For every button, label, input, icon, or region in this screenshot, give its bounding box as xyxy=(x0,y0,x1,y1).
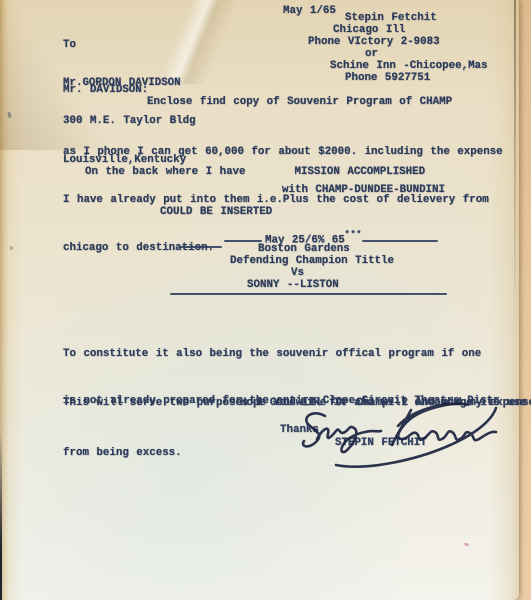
recipient-to: To xyxy=(63,39,196,52)
back-cover-line: On the back where I haveMISSION ACCOMPLI… xyxy=(85,166,425,179)
rule-line-right xyxy=(362,240,438,242)
rule-line-left xyxy=(224,240,262,242)
sender-phone-1: Phone VIctory 2-9083 xyxy=(308,36,440,49)
opening-line: Enclose find copy of Souvenir Program of… xyxy=(147,96,452,109)
back-cover-text: On the back where I have xyxy=(85,166,246,178)
sender-phone-2: Phone 5927751 xyxy=(345,72,430,85)
event-vs: Vs xyxy=(291,267,304,280)
paragraph-1-line-1: as I phone I can get 60,000 for about $2… xyxy=(63,144,503,160)
sender-or: or xyxy=(365,48,378,61)
could-be-inserted-line: COULD BE INSERTED xyxy=(160,206,272,219)
ink-speck xyxy=(10,246,13,250)
sender-name: Stepin Fetchit xyxy=(345,12,437,25)
letter-scan: To Mr.GORDON DAVIDSON 300 M.E. Taylor Bl… xyxy=(0,0,531,600)
mission-accomplished-text: MISSION ACCOMPLISHED xyxy=(295,166,426,178)
event-venue: Boston Gardens xyxy=(258,243,350,256)
paper-edge-shadow xyxy=(0,430,2,600)
event-title: Defending Champion Tittle xyxy=(230,255,394,268)
sender-city: Chicago Ill xyxy=(333,24,405,37)
event-opponent: SONNY --LISTON xyxy=(247,279,339,292)
paragraph-2-line-1: To constitute it also being the souvenir… xyxy=(63,347,500,363)
paper-edge-line xyxy=(514,0,516,320)
sender-hotel: Schine Inn -Chicopee,Mas xyxy=(330,60,488,73)
salutation: Mr. DAVIDSON: xyxy=(63,84,148,97)
handwritten-signature xyxy=(295,398,523,480)
event-date-stars: *** xyxy=(345,230,362,239)
letter-date: May 1/65 xyxy=(283,5,336,18)
with-champ-line: with CHAMP-DUNDEE-BUNDINI xyxy=(282,184,445,197)
rule-line-short xyxy=(180,246,222,248)
